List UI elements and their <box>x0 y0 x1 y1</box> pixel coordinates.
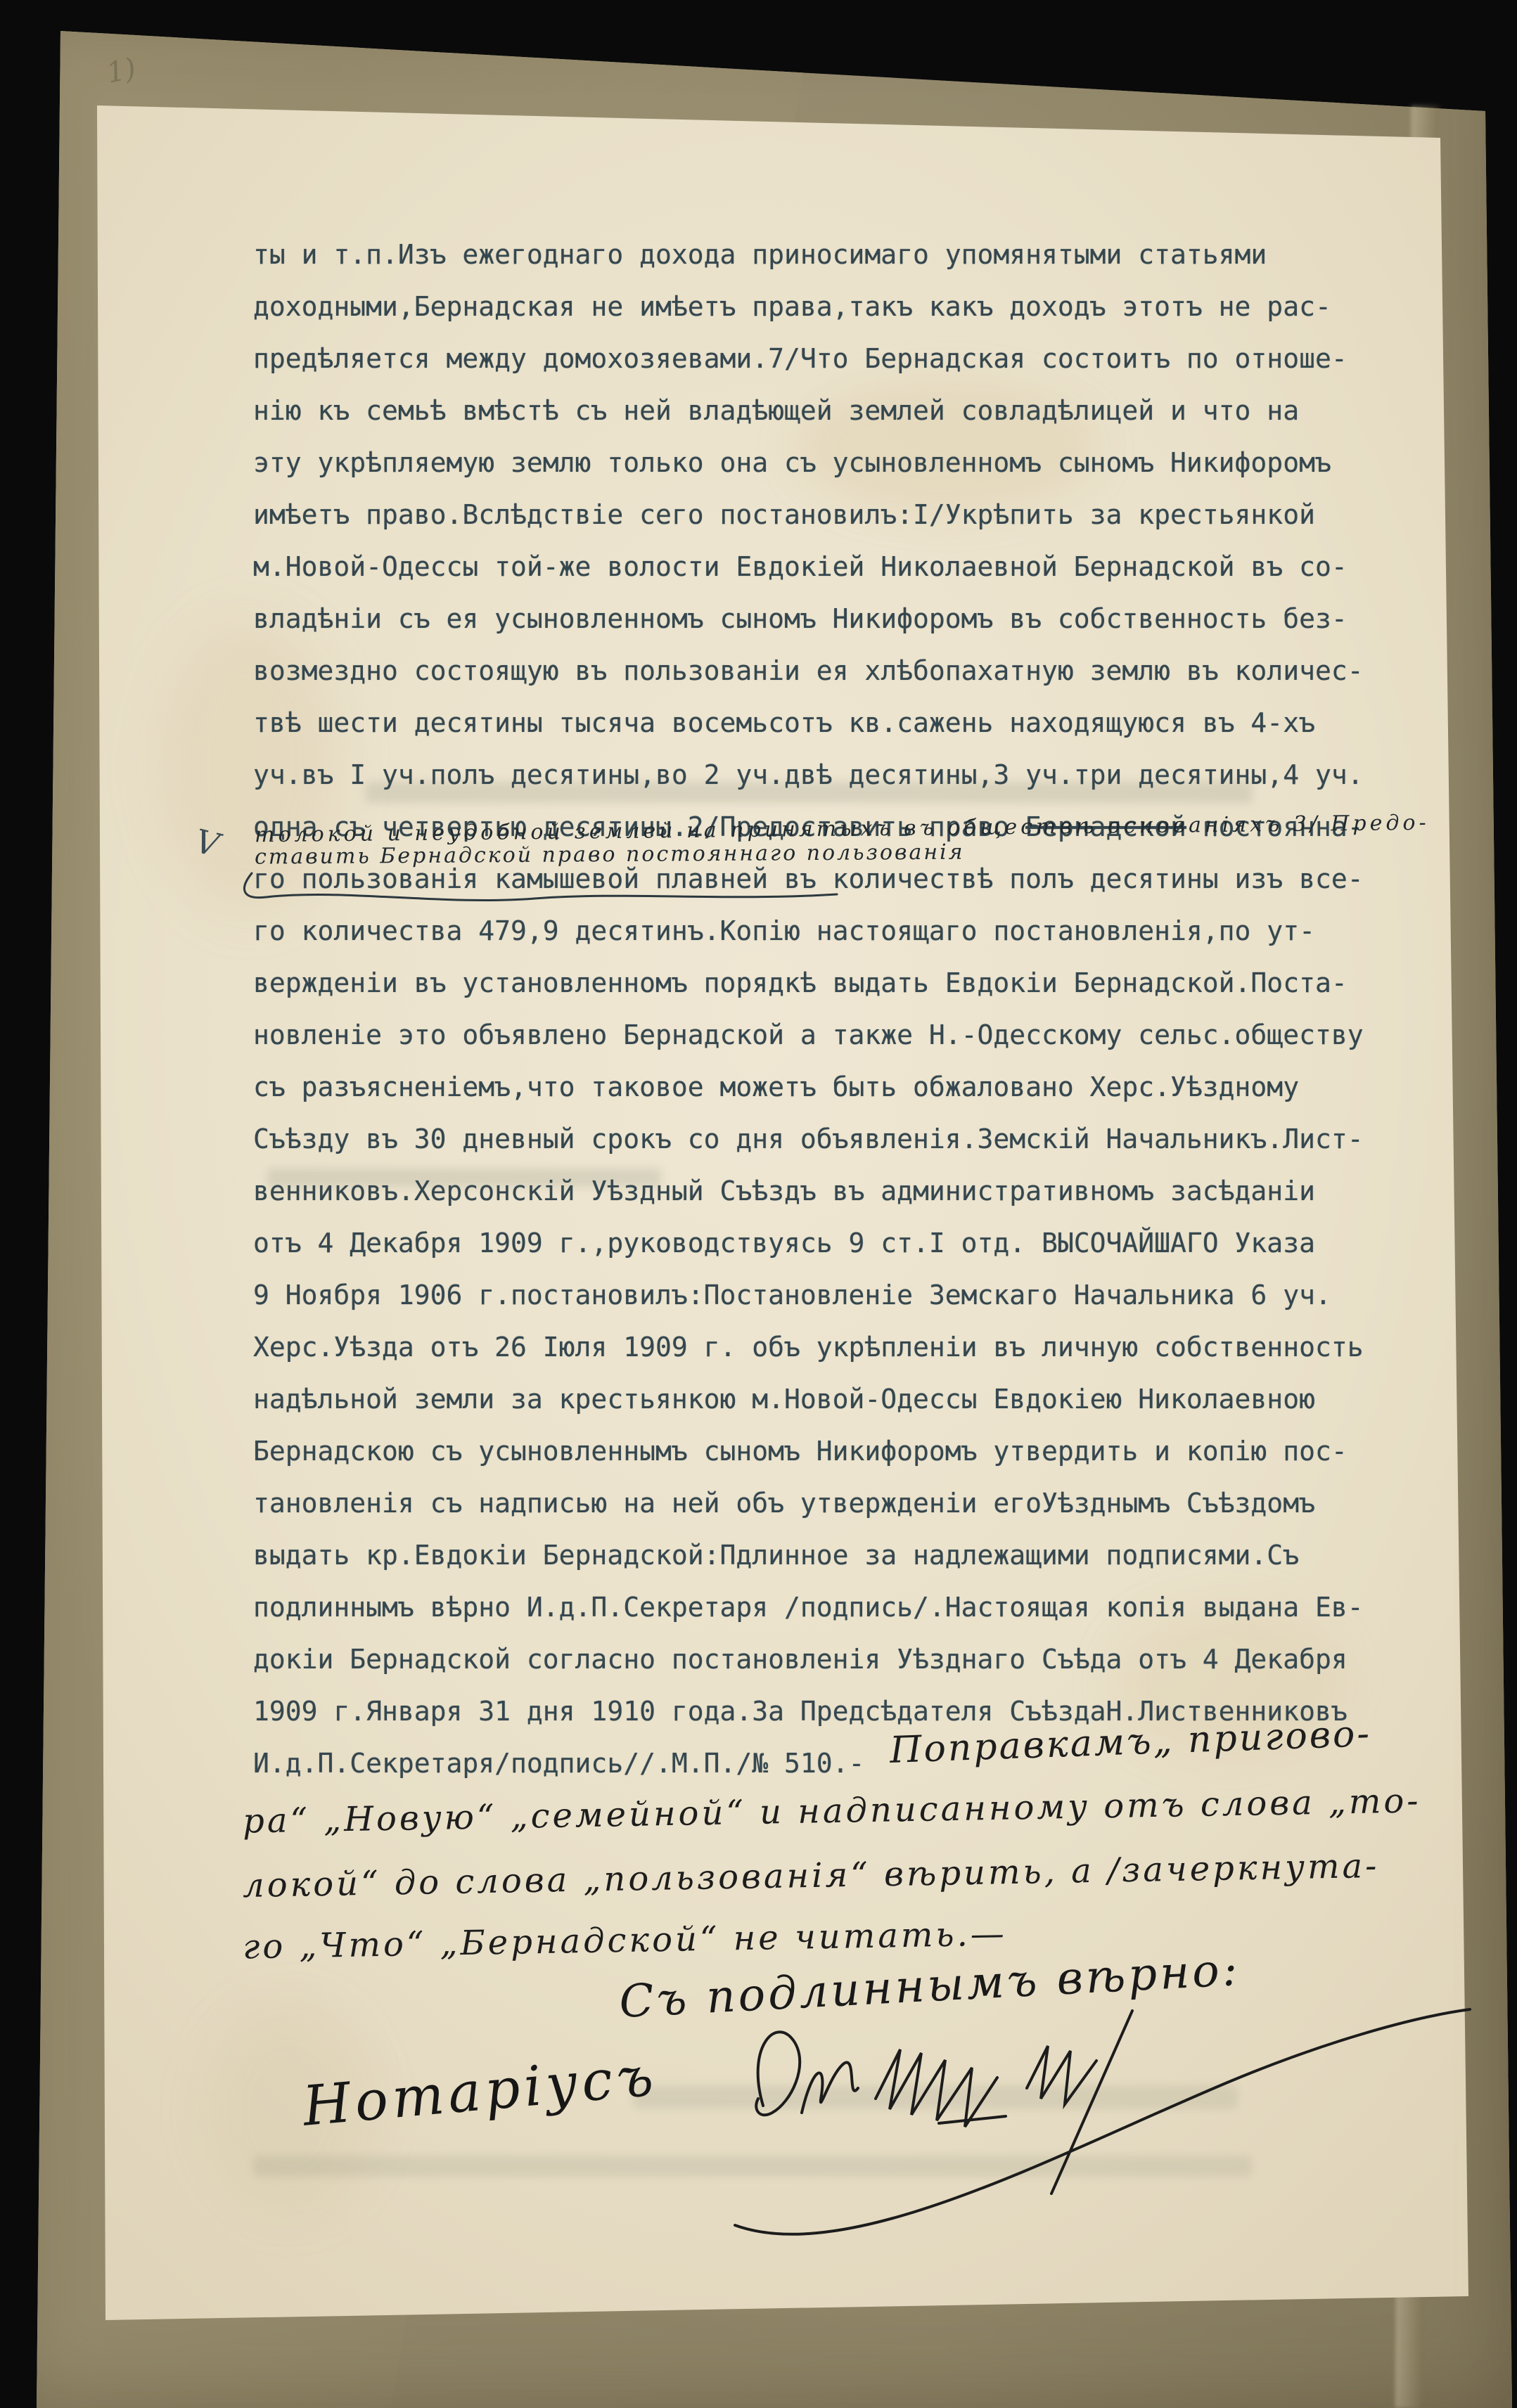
typed-line: доходными,Бернадская не имѣетъ права,так… <box>253 281 1407 333</box>
signature-flourish <box>696 1983 1505 2285</box>
typed-line: эту укрѣпляемую землю только она съ усын… <box>253 437 1407 489</box>
typed-line: владѣніи съ ея усыновленномъ сыномъ Ники… <box>253 593 1407 645</box>
insertion-underline-curve <box>232 869 865 911</box>
typed-line: Херс.Уѣзда отъ 26 Іюля 1909 г. объ укрѣп… <box>253 1321 1407 1373</box>
typed-line: возмездно состоящую въ пользованіи ея хл… <box>253 645 1407 697</box>
photographed-archival-page: 1) ты и т.п.Изъ ежегоднаго дохода принос… <box>0 0 1517 2408</box>
typed-text: ты и т.п.Изъ ежегоднаго дохода приносима… <box>253 228 1407 1789</box>
typed-line: надѣльной земли за крестьянкою м.Новой-О… <box>253 1373 1407 1425</box>
typed-line: имѣетъ право.Вслѣдствіе сего постановилъ… <box>253 489 1407 541</box>
typed-line: Бернадскою съ усыновленнымъ сыномъ Никиф… <box>253 1425 1407 1477</box>
typed-line: нію къ семьѣ вмѣстѣ съ ней владѣющей зем… <box>253 385 1407 437</box>
typed-line: ты и т.п.Изъ ежегоднаго дохода приносима… <box>253 228 1407 281</box>
typed-line: выдать кр.Евдокіи Бернадской:Пдлинное за… <box>253 1529 1407 1581</box>
typed-line: предѣляется между домохозяевами.7/Что Бе… <box>253 333 1407 385</box>
typed-line: вержденіи въ установленномъ порядкѣ выда… <box>253 957 1407 1009</box>
typed-line: м.Новой-Одессы той-же волости Евдокіей Н… <box>253 541 1407 593</box>
typed-line: 9 Ноября 1906 г.постановилъ:Постановлені… <box>253 1269 1407 1321</box>
typed-line: венниковъ.Херсонскій Уѣздный Съѣздъ въ а… <box>253 1165 1407 1217</box>
typed-line: отъ 4 Декабря 1909 г.,руководствуясь 9 с… <box>253 1217 1407 1269</box>
typed-line: Съѣзду въ 30 дневный срокъ со дня объявл… <box>253 1113 1407 1165</box>
typed-line: подлиннымъ вѣрно И.д.П.Секретаря /подпис… <box>253 1581 1407 1633</box>
typed-line: тановленія съ надписью на ней объ утверж… <box>253 1477 1407 1529</box>
typed-line: съ разъясненіемъ,что таковое можетъ быть… <box>253 1061 1407 1113</box>
typed-line: докіи Бернадской согласно постановленія … <box>253 1633 1407 1685</box>
typed-line: новленіе это объявлено Бернадской а такж… <box>253 1009 1407 1061</box>
typed-line: уч.въ I уч.полъ десятины,во 2 уч.двѣ дес… <box>253 749 1407 801</box>
typed-line: твѣ шести десятины тысяча восемьсотъ кв.… <box>253 697 1407 749</box>
typed-line: го количества 479,9 десятинъ.Копію насто… <box>253 905 1407 957</box>
